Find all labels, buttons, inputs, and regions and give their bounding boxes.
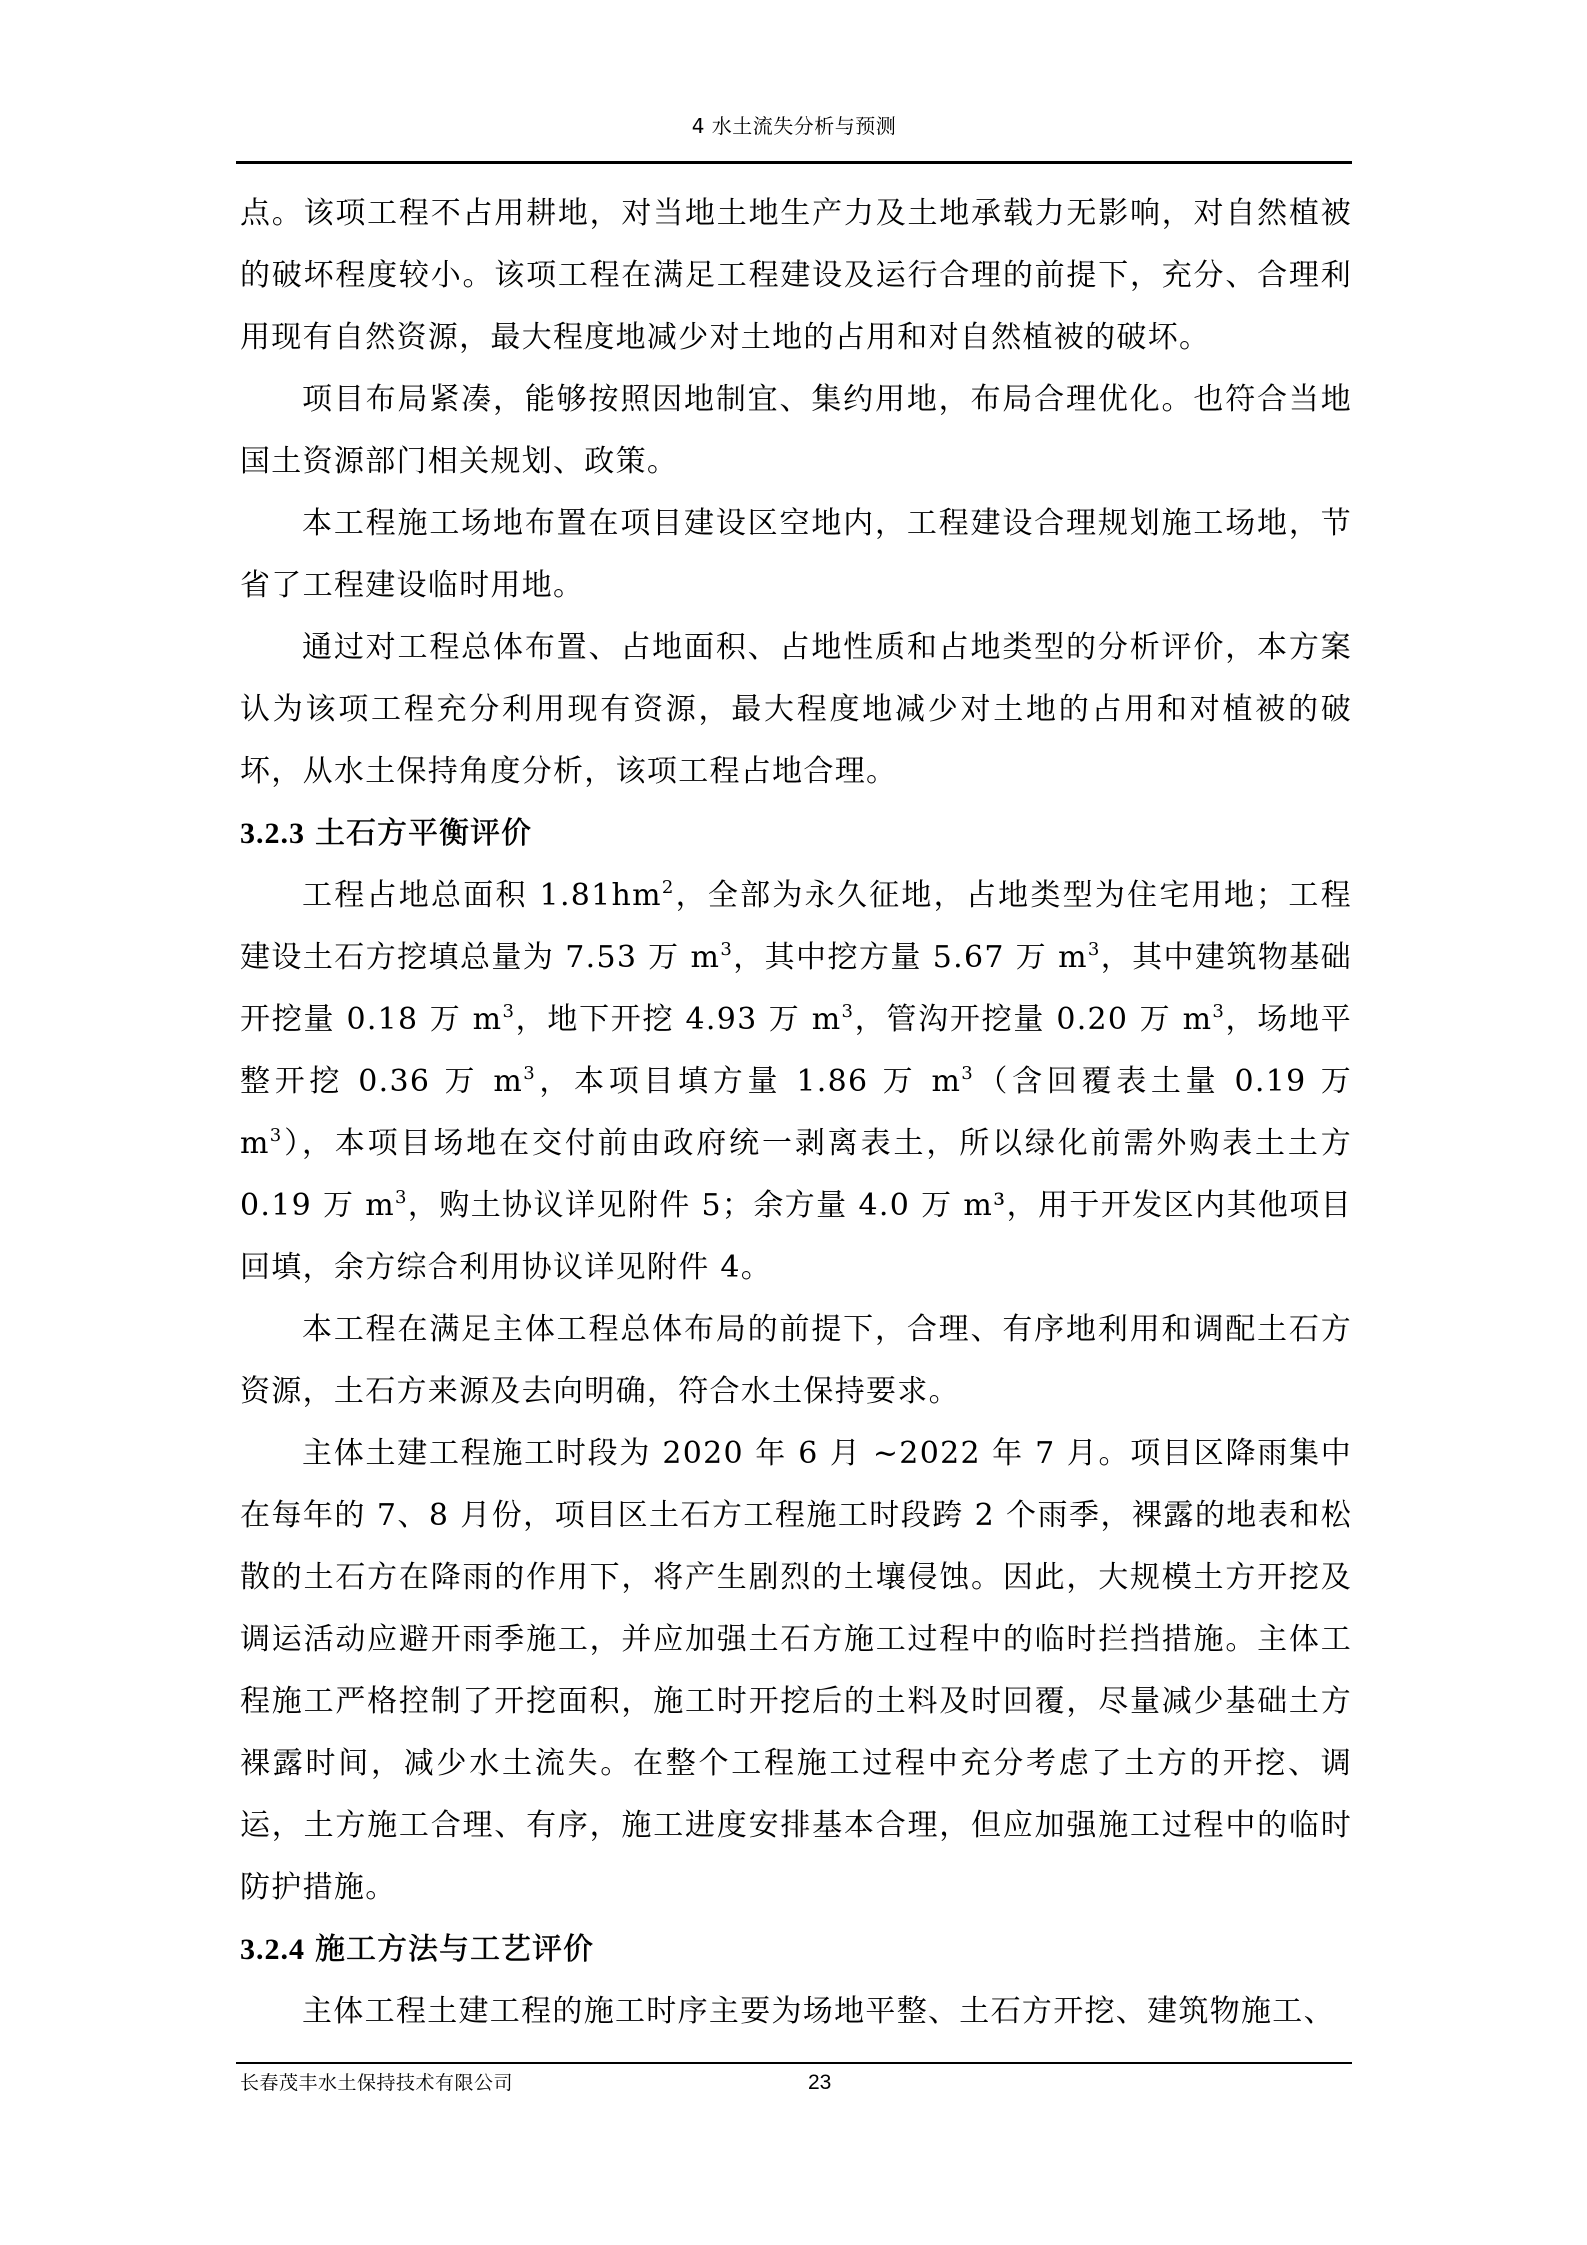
section-title: 施工方法与工艺评价 (315, 1932, 594, 1967)
section-number: 3.2.4 (240, 1933, 305, 1966)
text-run: ，其中挖方量 5.67 万 m (733, 940, 1088, 975)
paragraph-land-use-conclusion: 通过对工程总体布置、占地面积、占地性质和占地类型的分析评价，本方案认为该项工程充… (240, 617, 1352, 803)
paragraph-construction-sequence: 主体工程土建工程的施工时序主要为场地平整、土石方开挖、建筑物施工、 (240, 1981, 1352, 2043)
superscript: 3 (395, 1187, 408, 1208)
text-run: ，地下开挖 4.93 万 m (515, 1002, 841, 1037)
superscript: 2 (662, 877, 675, 898)
header-divider (236, 161, 1352, 164)
superscript: 3 (1088, 939, 1101, 960)
footer-divider (236, 2062, 1352, 2064)
text-run: ，本项目填方量 1.86 万 m (536, 1064, 961, 1099)
running-header: 4 水土流失分析与预测 (236, 112, 1352, 140)
paragraph-layout: 项目布局紧凑，能够按照因地制宜、集约用地，布局合理优化。也符合当地国土资源部门相… (240, 369, 1352, 493)
superscript: 3 (523, 1063, 536, 1084)
paragraph-earthwork-balance: 工程占地总面积 1.81hm2，全部为永久征地，占地类型为住宅用地；工程建设土石… (240, 865, 1352, 1299)
superscript: 3 (1212, 1001, 1225, 1022)
superscript: 3 (842, 1001, 855, 1022)
page-body: 点。该项工程不占用耕地，对当地土地生产力及土地承载力无影响，对自然植被的破坏程度… (240, 183, 1352, 2043)
section-heading-3-2-3: 3.2.3土石方平衡评价 (240, 803, 1352, 865)
section-heading-3-2-4: 3.2.4施工方法与工艺评价 (240, 1919, 1352, 1981)
superscript: 3 (961, 1063, 974, 1084)
text-run: 工程占地总面积 1.81hm (302, 878, 662, 913)
page-number: 23 (808, 2068, 831, 2098)
section-title: 土石方平衡评价 (315, 816, 532, 851)
superscript: 3 (502, 1001, 515, 1022)
footer-company-name: 长春茂丰水土保持技术有限公司 (240, 2068, 513, 2098)
superscript: 3 (270, 1125, 283, 1146)
superscript: 3 (720, 939, 733, 960)
paragraph-land-use-continued: 点。该项工程不占用耕地，对当地土地生产力及土地承载力无影响，对自然植被的破坏程度… (240, 183, 1352, 369)
text-run: ，管沟开挖量 0.20 万 m (854, 1002, 1212, 1037)
paragraph-construction-site: 本工程施工场地布置在项目建设区空地内，工程建设合理规划施工场地，节省了工程建设临… (240, 493, 1352, 617)
paragraph-construction-schedule: 主体土建工程施工时段为 2020 年 6 月 ~2022 年 7 月。项目区降雨… (240, 1423, 1352, 1919)
section-number: 3.2.3 (240, 817, 305, 850)
paragraph-earthwork-allocation: 本工程在满足主体工程总体布局的前提下，合理、有序地利用和调配土石方资源，土石方来… (240, 1299, 1352, 1423)
